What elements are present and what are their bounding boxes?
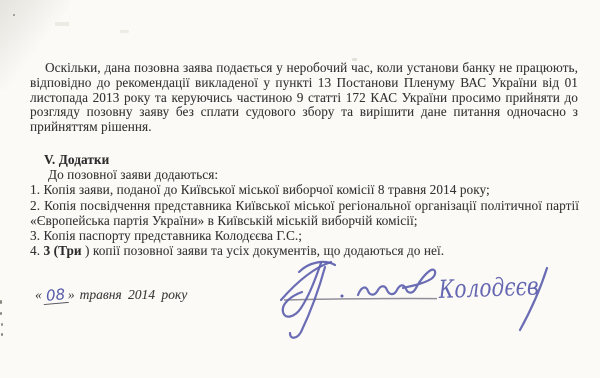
closing-guillemet: » (68, 287, 75, 302)
signature-name: Колодєєв (437, 272, 539, 305)
signature-initial-body (283, 263, 321, 317)
attachments-section: V. Додатки До позовної заяви додаються: … (30, 152, 579, 258)
attachments-heading: V. Додатки (44, 152, 579, 167)
signature-initial-descender (290, 267, 325, 338)
date-line: «08»травня 2014 року (35, 287, 187, 303)
opening-guillemet: « (35, 287, 42, 302)
scan-speck (55, 22, 69, 26)
date-month-year: травня 2014 року (80, 287, 188, 302)
attachments-intro: До позовної заяви додаються: (48, 167, 579, 182)
scan-speck (13, 14, 15, 16)
body-paragraph: Оскільки, дана позовна заява подається у… (30, 61, 578, 135)
attachment-item-2: 2. Копія посвідчення представника Київсь… (30, 198, 579, 228)
scan-speck (0, 312, 2, 315)
item4-number: 4. (30, 243, 44, 258)
document-page: Оскільки, дана позовна заява подається у… (0, 0, 600, 378)
scan-speck (0, 300, 2, 304)
signature: Колодєєв (235, 248, 565, 343)
item4-paren: ) (82, 243, 93, 258)
scan-speck (1, 323, 3, 326)
scan-speck (1, 333, 3, 336)
signature-scribble (358, 270, 435, 295)
signature-period (341, 295, 344, 298)
signature-ink-strokes: Колодєєв (281, 262, 547, 338)
attachment-item-3: 3. Копія паспорту представника Колодєєва… (30, 228, 579, 243)
scan-speck (120, 30, 129, 33)
item4-count-bold: 3 (Три (44, 243, 82, 258)
handwritten-day: 08 (42, 287, 68, 305)
attachment-item-1: 1. Копія заяви, поданої до Київської міс… (30, 182, 579, 197)
